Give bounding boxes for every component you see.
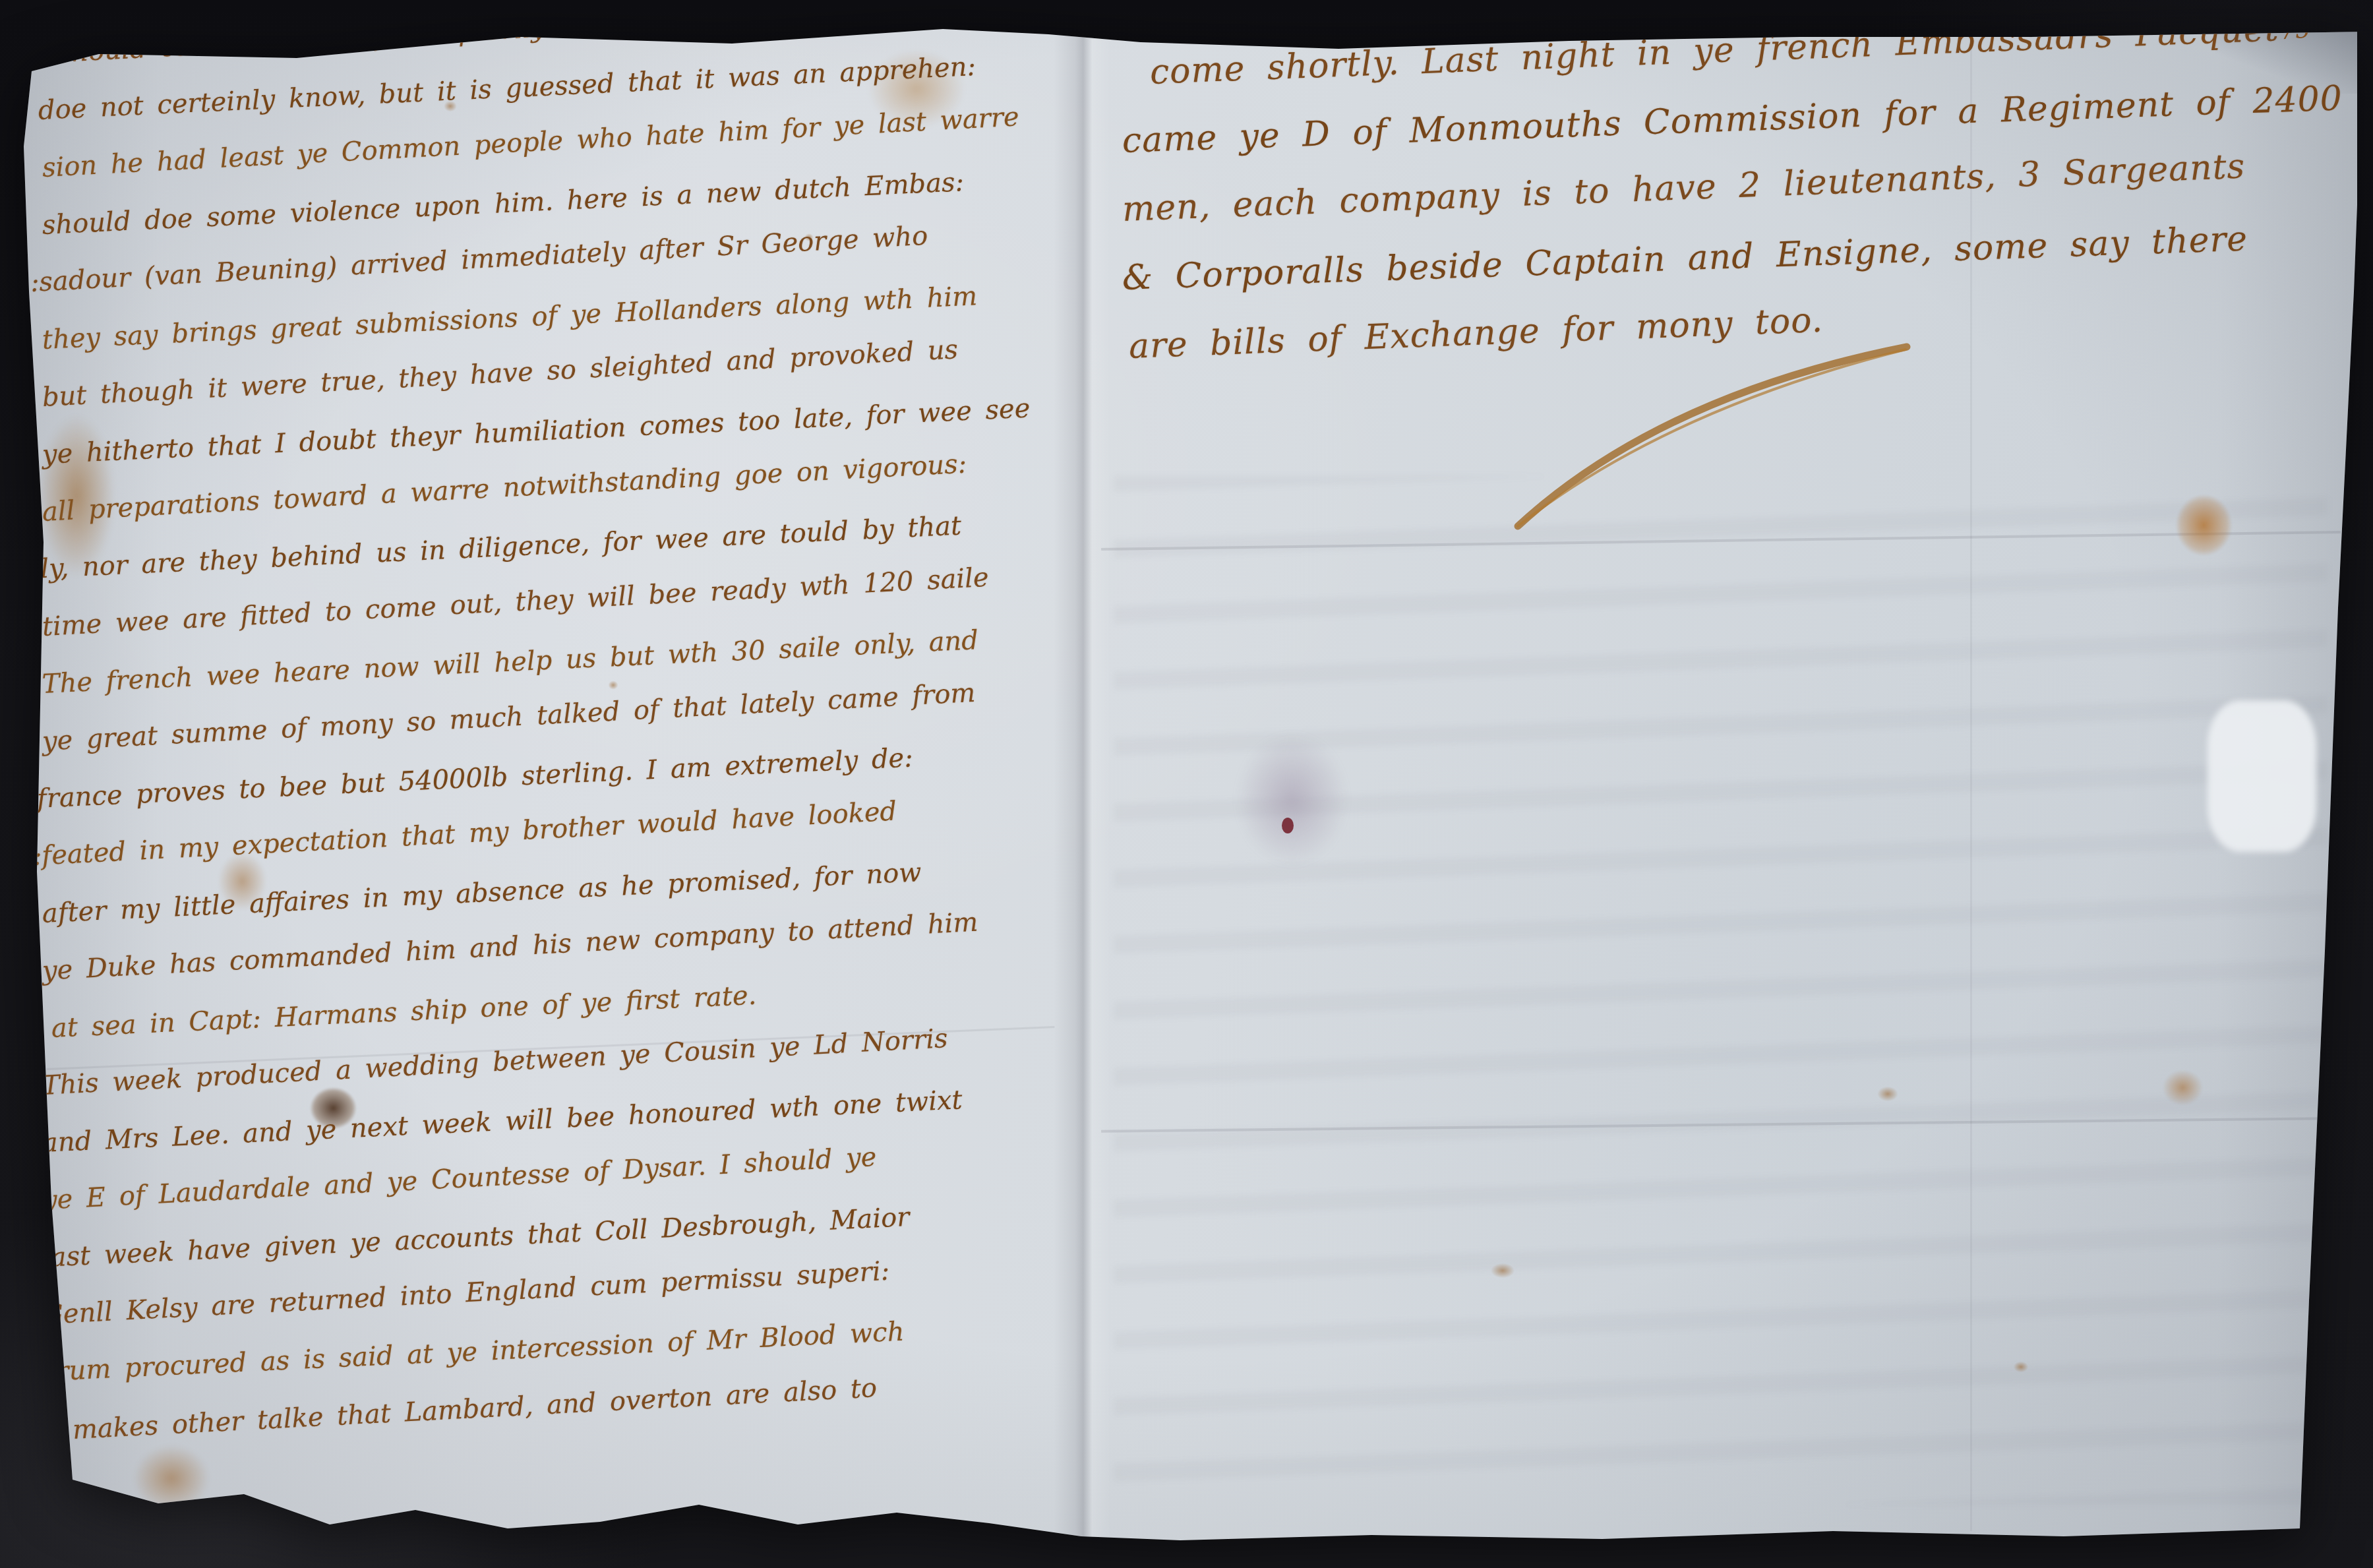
gray-smudge — [1215, 707, 1369, 891]
ink-stain — [2155, 1063, 2211, 1112]
corner-shadow — [2215, 15, 2357, 94]
speck — [1874, 1084, 1902, 1104]
speck — [2011, 1360, 2031, 1374]
letter-spread: should cause Sr G so peremptorily to dis… — [20, 15, 2357, 1551]
paper-sheet: should cause Sr G so peremptorily to dis… — [20, 15, 2357, 1551]
page-number: 75 — [2279, 16, 2312, 45]
paper-patch — [2208, 700, 2316, 852]
speck — [1487, 1261, 1518, 1281]
red-ink-dot — [1282, 818, 1294, 833]
ink-stain — [2166, 484, 2242, 566]
right-page-text: come shortly. Last night in ye french Em… — [1122, 38, 2349, 381]
ink-bleedthrough — [1114, 476, 2328, 1505]
photograph-background: should cause Sr G so peremptorily to dis… — [0, 0, 2373, 1568]
left-page-text: should cause Sr G so peremptorily to dis… — [42, 25, 1097, 1459]
